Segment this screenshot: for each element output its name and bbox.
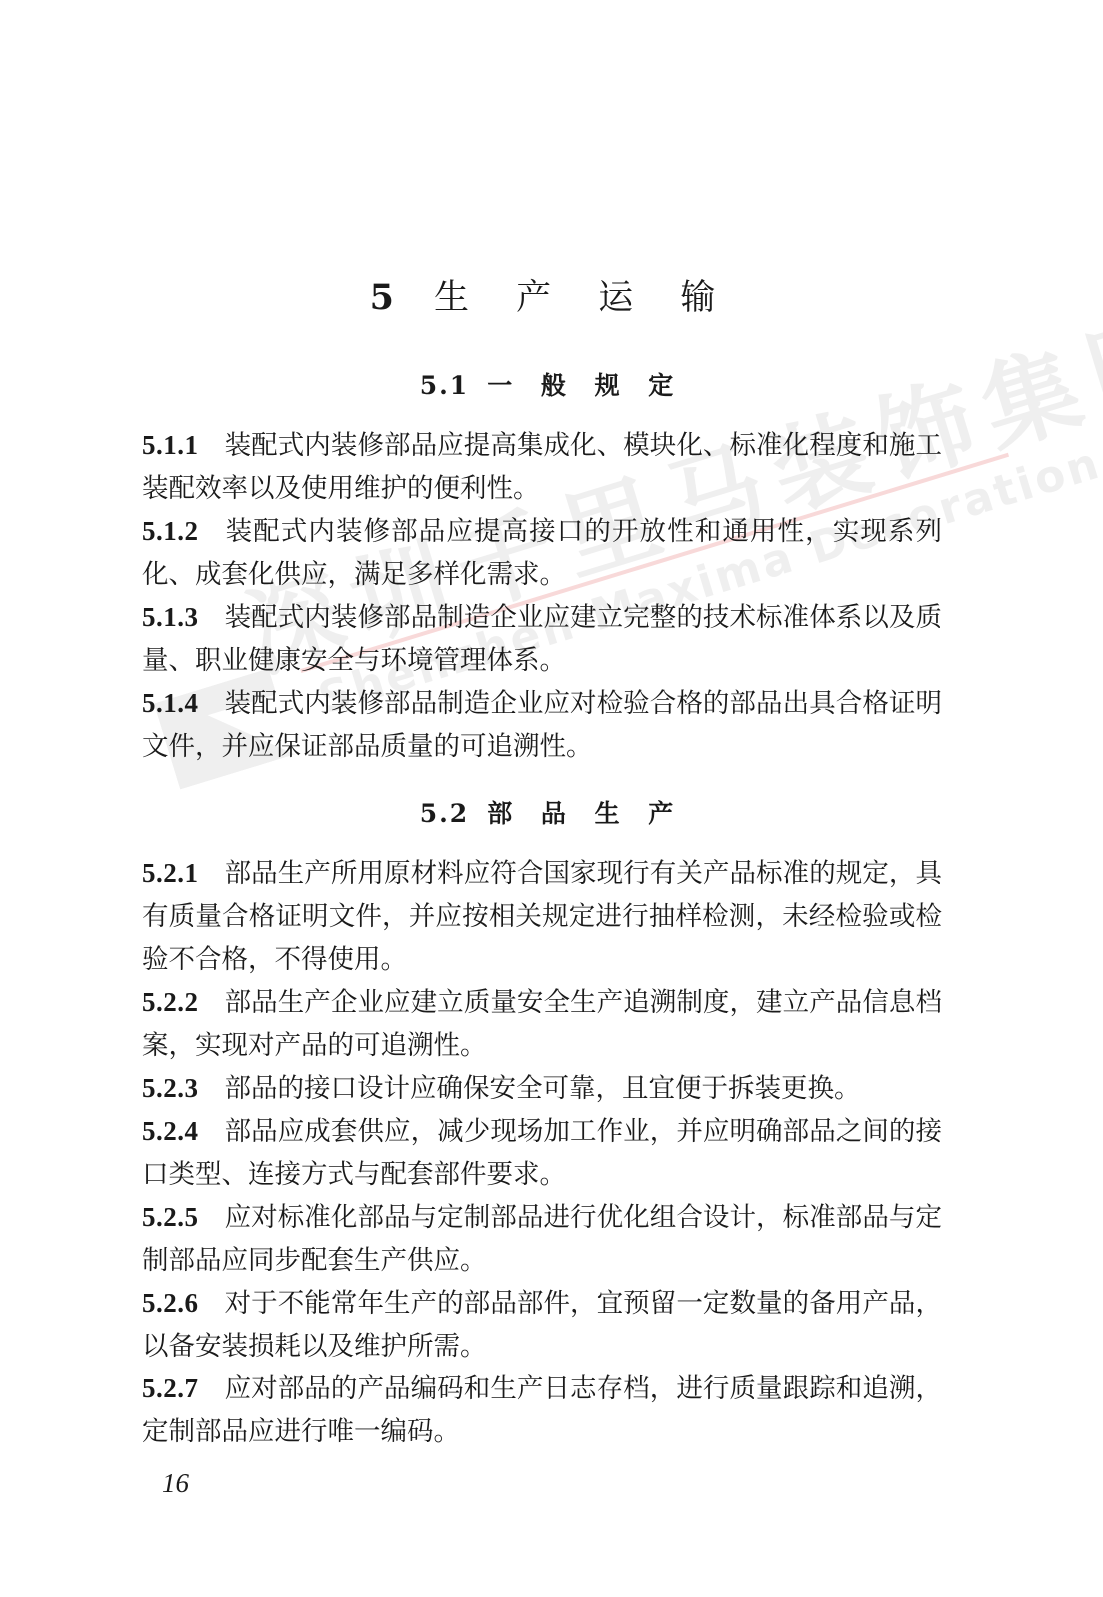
- clause-5-1-2: 5.1.2装配式内装修部品应提高接口的开放性和通用性，实现系列化、成套化供应，满…: [142, 510, 942, 596]
- clause-text: 装配式内装修部品制造企业应对检验合格的部品出具合格证明文件，并应保证部品质量的可…: [142, 688, 942, 762]
- clause-number: 5.1.1: [142, 430, 199, 460]
- clause-number: 5.1.3: [142, 602, 199, 632]
- clause-5-2-5: 5.2.5应对标准化部品与定制部品进行优化组合设计，标准部品与定制部品应同步配套…: [142, 1196, 942, 1282]
- clause-text: 应对部品的产品编码和生产日志存档，进行质量跟踪和追溯，定制部品应进行唯一编码。: [142, 1373, 942, 1447]
- clause-text: 装配式内装修部品应提高接口的开放性和通用性，实现系列化、成套化供应，满足多样化需…: [142, 516, 942, 590]
- clause-5-2-3: 5.2.3部品的接口设计应确保安全可靠，且宜便于拆装更换。: [142, 1067, 942, 1110]
- clause-number: 5.2.7: [142, 1373, 199, 1403]
- clause-text: 应对标准化部品与定制部品进行优化组合设计，标准部品与定制部品应同步配套生产供应。: [142, 1202, 942, 1276]
- clause-number: 5.2.1: [142, 858, 199, 888]
- clause-text: 部品生产企业应建立质量安全生产追溯制度，建立产品信息档案，实现对产品的可追溯性。: [142, 987, 942, 1061]
- clause-text: 部品的接口设计应确保安全可靠，且宜便于拆装更换。: [225, 1073, 861, 1104]
- clause-number: 5.1.4: [142, 688, 199, 718]
- clause-number: 5.2.5: [142, 1202, 199, 1232]
- clause-text: 装配式内装修部品制造企业应建立完整的技术标准体系以及质量、职业健康安全与环境管理…: [142, 602, 942, 676]
- section-title-5-2: 5.2部 品 生 产: [0, 794, 1103, 830]
- clause-number: 5.1.2: [142, 516, 199, 546]
- chapter-title-text: 生 产 运 输: [434, 278, 733, 318]
- clause-5-1-4: 5.1.4装配式内装修部品制造企业应对检验合格的部品出具合格证明文件，并应保证部…: [142, 682, 942, 768]
- clause-5-2-2: 5.2.2部品生产企业应建立质量安全生产追溯制度，建立产品信息档案，实现对产品的…: [142, 981, 942, 1067]
- chapter-title: 5生 产 运 输: [0, 270, 1103, 320]
- page-number: 16: [162, 1468, 189, 1499]
- clause-number: 5.2.4: [142, 1116, 199, 1146]
- clause-5-2-1: 5.2.1部品生产所用原材料应符合国家现行有关产品标准的规定，具有质量合格证明文…: [142, 852, 942, 981]
- clause-number: 5.2.6: [142, 1288, 199, 1318]
- clause-5-2-6: 5.2.6对于不能常年生产的部品部件，宜预留一定数量的备用产品，以备安装损耗以及…: [142, 1282, 942, 1368]
- clause-number: 5.2.3: [142, 1073, 199, 1103]
- chapter-number: 5: [370, 277, 412, 318]
- clause-number: 5.2.2: [142, 987, 199, 1017]
- clause-text: 部品应成套供应，减少现场加工作业，并应明确部品之间的接口类型、连接方式与配套部件…: [142, 1116, 942, 1190]
- clause-text: 装配式内装修部品应提高集成化、模块化、标准化程度和施工装配效率以及使用维护的便利…: [142, 430, 942, 504]
- clause-text: 部品生产所用原材料应符合国家现行有关产品标准的规定，具有质量合格证明文件，并应按…: [142, 858, 942, 975]
- clause-5-2-4: 5.2.4部品应成套供应，减少现场加工作业，并应明确部品之间的接口类型、连接方式…: [142, 1110, 942, 1196]
- clause-5-2-7: 5.2.7应对部品的产品编码和生产日志存档，进行质量跟踪和追溯，定制部品应进行唯…: [142, 1367, 942, 1453]
- clause-text: 对于不能常年生产的部品部件，宜预留一定数量的备用产品，以备安装损耗以及维护所需。: [142, 1288, 942, 1362]
- section-title-5-1: 5.1一 般 规 定: [0, 366, 1103, 402]
- clause-5-1-1: 5.1.1装配式内装修部品应提高集成化、模块化、标准化程度和施工装配效率以及使用…: [142, 424, 942, 510]
- clause-5-1-3: 5.1.3装配式内装修部品制造企业应建立完整的技术标准体系以及质量、职业健康安全…: [142, 596, 942, 682]
